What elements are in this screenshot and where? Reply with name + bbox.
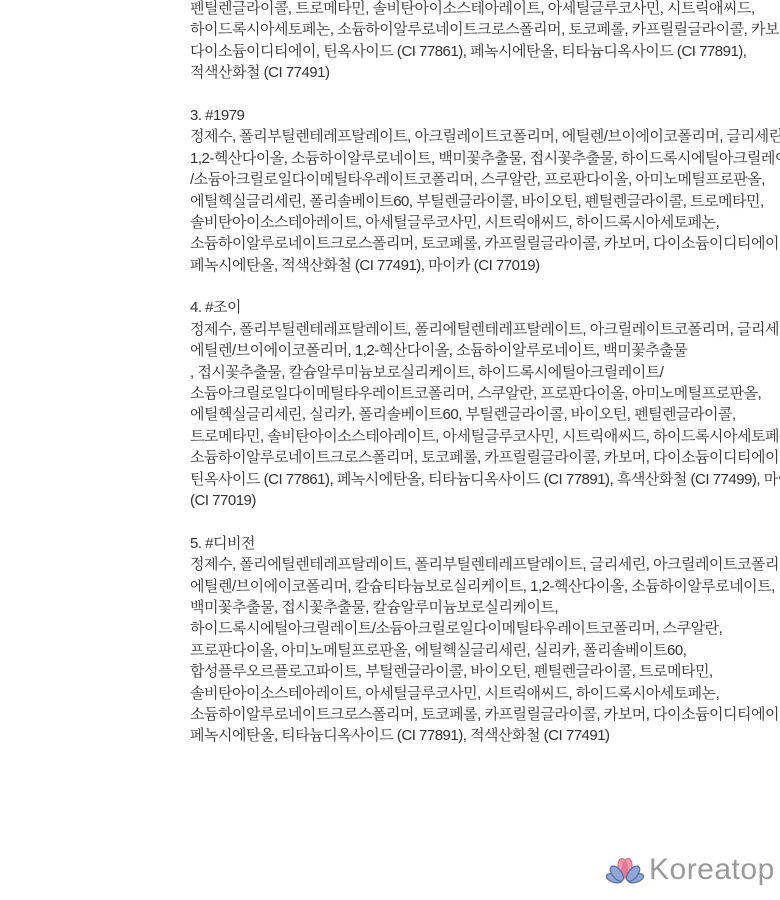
ingredient-line: 에틸렌/브이에이코폴리머, 1,2-헥산다이올, 소듐하이알루로네이트, 백미꽃… bbox=[190, 340, 776, 361]
ingredient-line: (CI 77019) bbox=[190, 490, 776, 511]
ingredient-line: , 접시꽃추출물, 칼슘알루미늄보로실리케이트, 하이드록시에틸아크릴레이트/ bbox=[190, 362, 776, 383]
brand-name: Koreatop bbox=[649, 852, 775, 888]
ingredient-line: 1,2-헥산다이올, 소듐하이알루로네이트, 백미꽃추출물, 접시꽃추출물, 하… bbox=[190, 148, 776, 169]
ingredient-line: 소듐아크릴로일다이메틸타우레이트코폴리머, 스쿠알란, 프로판다이올, 아미노메… bbox=[190, 383, 776, 404]
document-page: 펜틸렌글라이콜, 트로메타민, 솔비탄아이소스테아레이트, 아세틸글루코사민, … bbox=[0, 0, 780, 900]
lotus-icon bbox=[606, 855, 644, 886]
ingredient-line: 틴옥사이드 (CI 77861), 페녹시에탄올, 티타늄디옥사이드 (CI 7… bbox=[190, 469, 776, 490]
ingredient-sections: 3. #1979정제수, 폴리부틸렌테레프탈레이트, 아크릴레이트코폴리머, 에… bbox=[190, 105, 776, 747]
ingredient-line: 에틸렌/브이에이코폴리머, 칼슘티타늄보로실리케이트, 1,2-헥산다이올, 소… bbox=[190, 576, 776, 597]
ingredient-section: 4. #조이정제수, 폴리부틸렌테레프탈레이트, 폴리에틸렌테레프탈레이트, 아… bbox=[190, 297, 776, 511]
ingredient-line: 에틸헥실글리세린, 폴리솔베이트60, 부틸렌글라이콜, 바이오틴, 펜틸렌글라… bbox=[190, 191, 776, 212]
ingredient-line: 트로메타민, 솔비탄아이소스테아레이트, 아세틸글루코사민, 시트릭애씨드, 하… bbox=[190, 426, 776, 447]
ingredient-list-continuation: 펜틸렌글라이콜, 트로메타민, 솔비탄아이소스테아레이트, 아세틸글루코사민, … bbox=[190, 0, 776, 84]
ingredient-line: 정제수, 폴리부틸렌테레프탈레이트, 폴리에틸렌테레프탈레이트, 아크릴레이트코… bbox=[190, 319, 776, 340]
ingredient-line: 적색산화철 (CI 77491) bbox=[190, 62, 776, 83]
ingredient-line: 백미꽃추출물, 접시꽃추출물, 칼슘알루미늄보로실리케이트, bbox=[190, 597, 776, 618]
koreatop-watermark: Koreatop bbox=[606, 852, 775, 888]
ingredient-line: 합성플루오르플로고파이트, 부틸렌글라이콜, 바이오틴, 펜틸렌글라이콜, 트로… bbox=[190, 661, 776, 682]
ingredient-line: 에틸헥실글리세린, 실리카, 폴리솔베이트60, 부틸렌글라이콜, 바이오틴, … bbox=[190, 404, 776, 425]
section-heading: 3. #1979 bbox=[190, 105, 776, 126]
section-heading: 4. #조이 bbox=[190, 297, 776, 318]
ingredients-document: 펜틸렌글라이콜, 트로메타민, 솔비탄아이소스테아레이트, 아세틸글루코사민, … bbox=[190, 0, 776, 747]
ingredient-section: 3. #1979정제수, 폴리부틸렌테레프탈레이트, 아크릴레이트코폴리머, 에… bbox=[190, 105, 776, 276]
ingredient-line: 다이소듐이디티에이, 틴옥사이드 (CI 77861), 페녹시에탄올, 티타늄… bbox=[190, 41, 776, 62]
ingredient-line: 소듐하이알루로네이트크로스폴리머, 토코페롤, 카프릴릴글라이콜, 카보머, 다… bbox=[190, 704, 776, 725]
ingredient-line: 프로판다이올, 아미노메틸프로판올, 에틸헥실글리세린, 실리카, 폴리솔베이트… bbox=[190, 640, 776, 661]
ingredient-line: 페녹시에탄올, 적색산화철 (CI 77491), 마이카 (CI 77019) bbox=[190, 255, 776, 276]
ingredient-line: 솔비탄아이소스테아레이트, 아세틸글루코사민, 시트릭애씨드, 하이드록시아세토… bbox=[190, 212, 776, 233]
ingredient-line: /소듐아크릴로일다이메틸타우레이트코폴리머, 스쿠알란, 프로판다이올, 아미노… bbox=[190, 169, 776, 190]
section-heading: 5. #디비전 bbox=[190, 533, 776, 554]
ingredient-section: 5. #디비전정제수, 폴리에틸렌테레프탈레이트, 폴리부틸렌테레프탈레이트, … bbox=[190, 533, 776, 747]
ingredient-line: 펜틸렌글라이콜, 트로메타민, 솔비탄아이소스테아레이트, 아세틸글루코사민, … bbox=[190, 0, 776, 19]
ingredient-line: 하이드록시아세토페논, 소듐하이알루로네이트크로스폴리머, 토코페롤, 카프릴릴… bbox=[190, 19, 776, 40]
ingredient-line: 솔비탄아이소스테아레이트, 아세틸글루코사민, 시트릭애씨드, 하이드록시아세토… bbox=[190, 683, 776, 704]
ingredient-line: 페녹시에탄올, 티타늄디옥사이드 (CI 77891), 적색산화철 (CI 7… bbox=[190, 725, 776, 746]
ingredient-line: 소듐하이알루로네이트크로스폴리머, 토코페롤, 카프릴릴글라이콜, 카보머, 다… bbox=[190, 447, 776, 468]
ingredient-line: 소듐하이알루로네이트크로스폴리머, 토코페롤, 카프릴릴글라이콜, 카보머, 다… bbox=[190, 233, 776, 254]
ingredient-line: 정제수, 폴리부틸렌테레프탈레이트, 아크릴레이트코폴리머, 에틸렌/브이에이코… bbox=[190, 126, 776, 147]
ingredient-line: 정제수, 폴리에틸렌테레프탈레이트, 폴리부틸렌테레프탈레이트, 글리세린, 아… bbox=[190, 554, 776, 575]
ingredient-line: 하이드록시에틸아크릴레이트/소듐아크릴로일다이메틸타우레이트코폴리머, 스쿠알란… bbox=[190, 618, 776, 639]
